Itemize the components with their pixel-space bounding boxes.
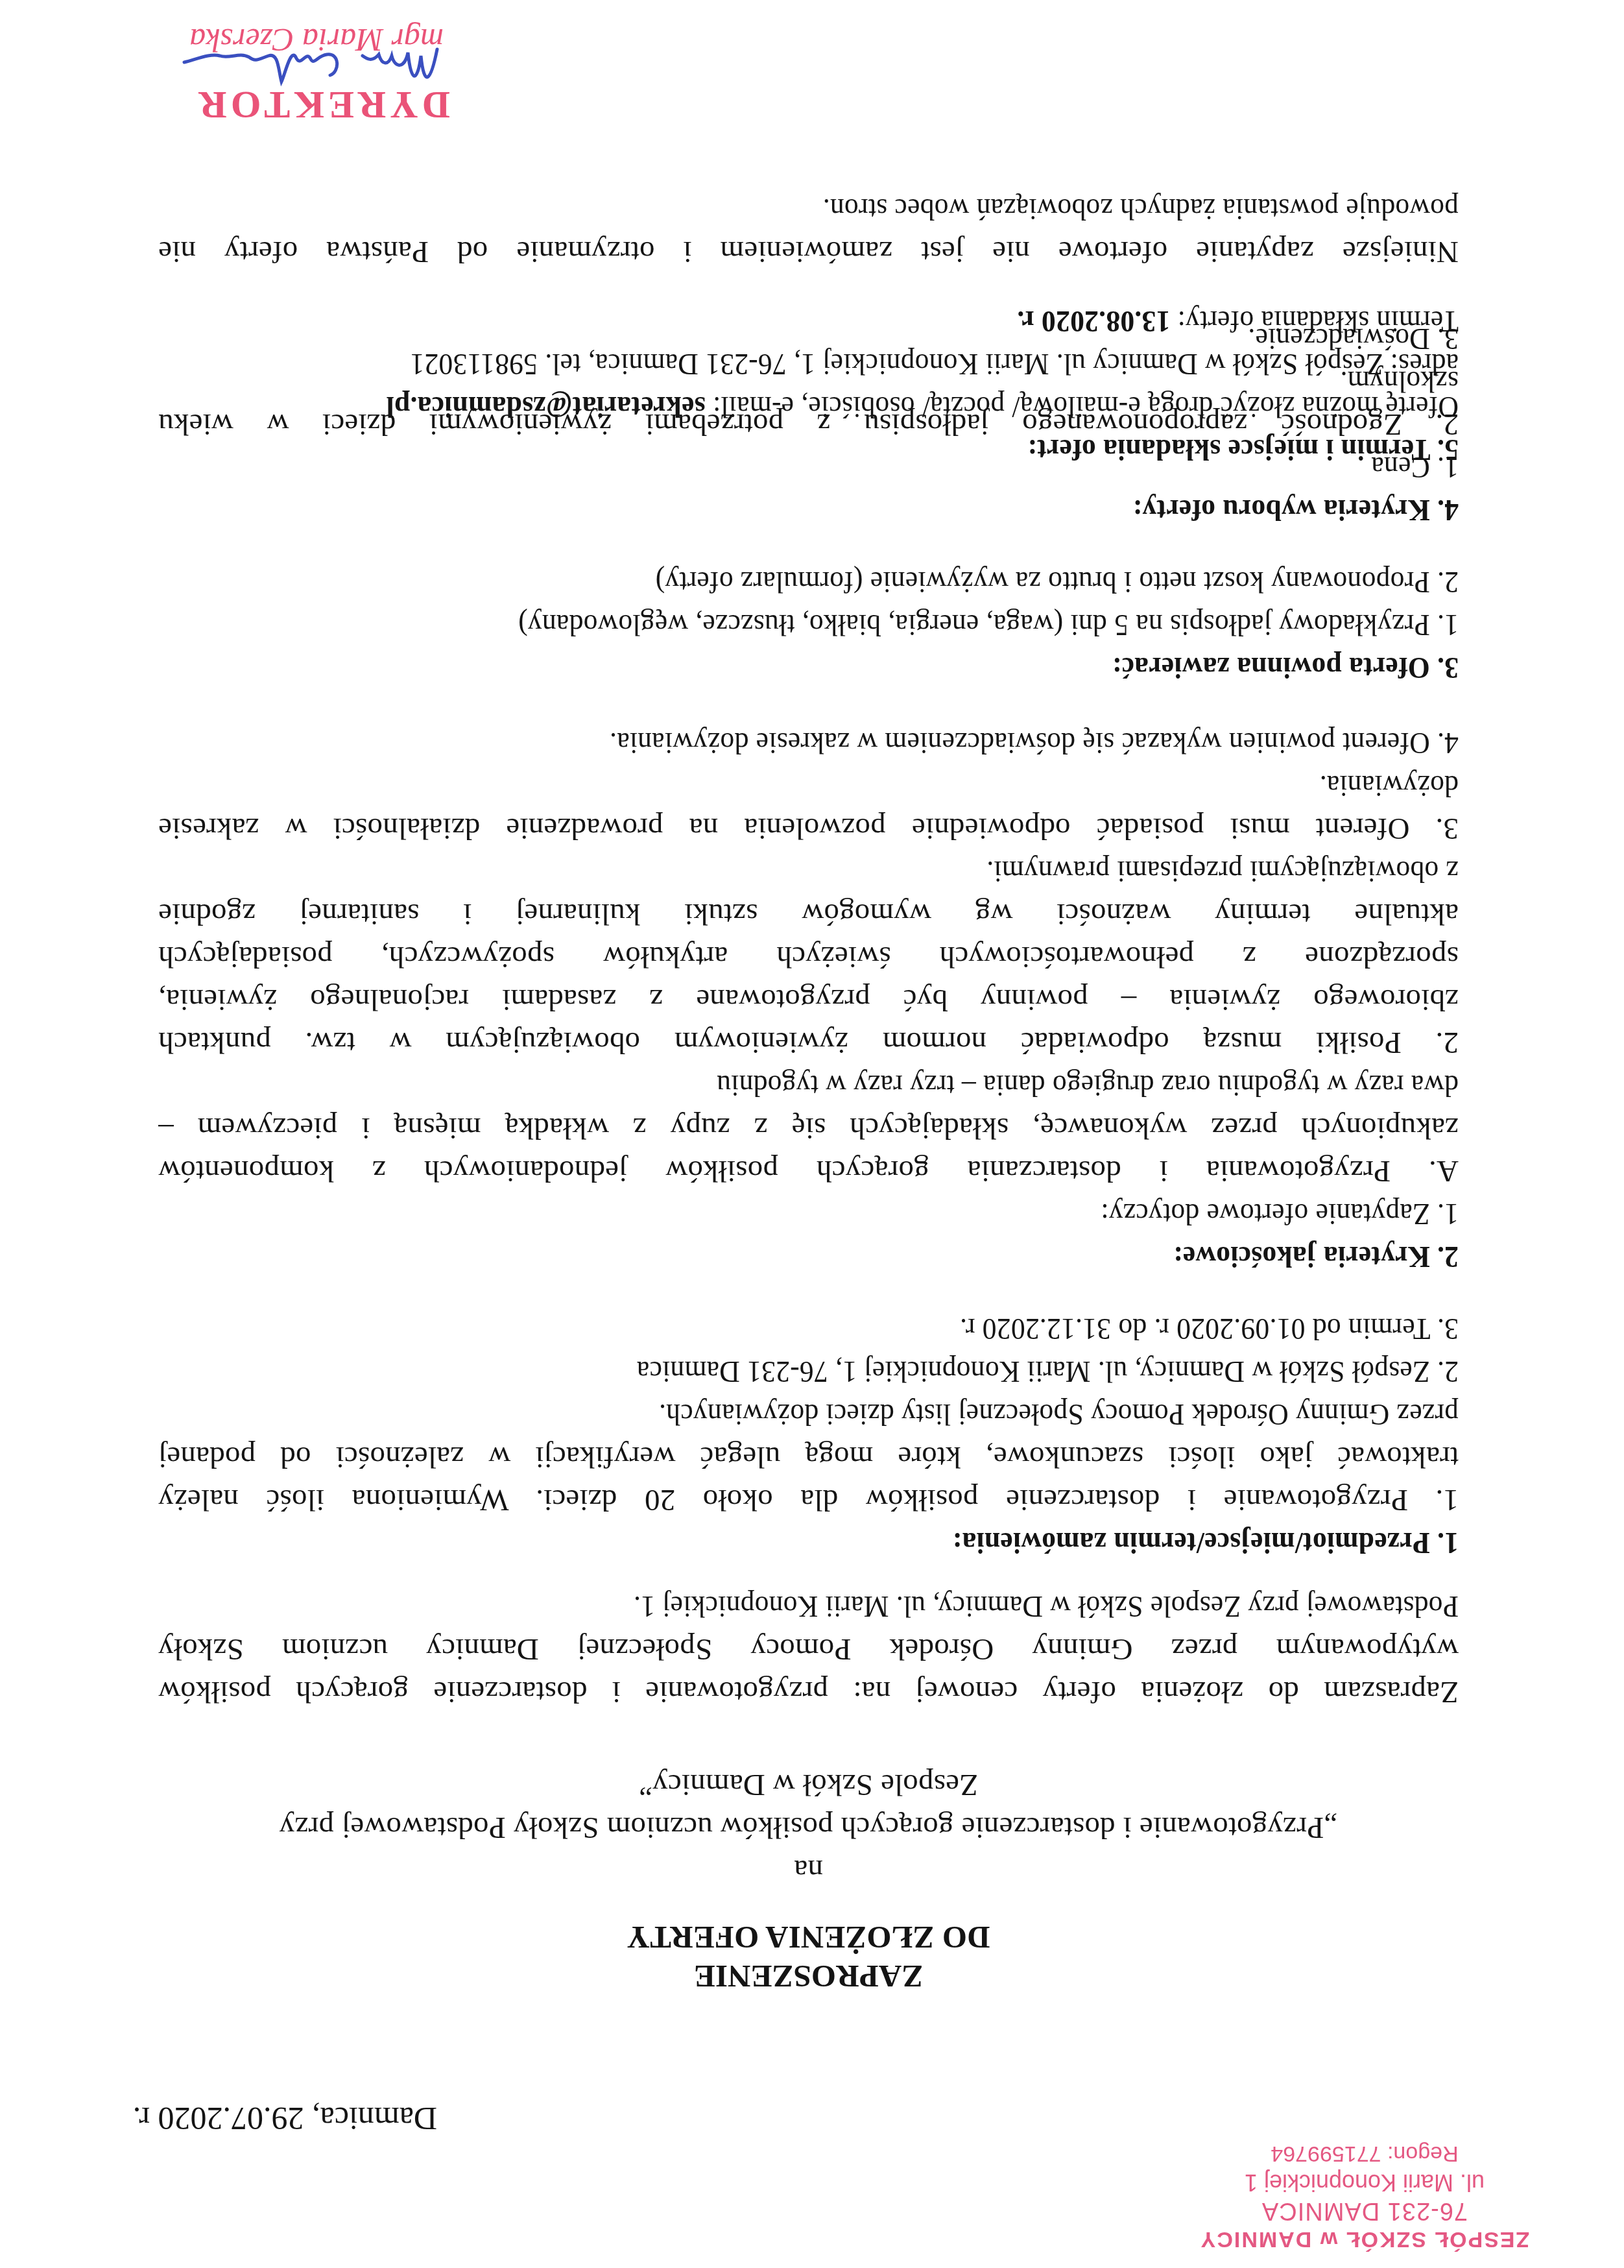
section-line: 2. Posiłki muszą odpowiadać normom żywie… bbox=[158, 1021, 1459, 1064]
stamp-school-regon: Regon: 771599764 bbox=[1154, 2140, 1575, 2168]
section-line: zbiorowego żywienia – powinny być przygo… bbox=[158, 978, 1459, 1021]
stamp-school-street: ul. Marii Konopnickiej 1 bbox=[1154, 2168, 1575, 2197]
section-heading: 3. Oferta powinna zawierać: bbox=[249, 646, 1459, 689]
intro-paragraph: Zapraszam do złożenia oferty cenowej na:… bbox=[158, 1585, 1459, 1713]
scanned-document-page: ZESPÓŁ SZKÓŁ w DAMNICY 76-231 DAMNICA ul… bbox=[0, 0, 1624, 2268]
stamp-school-city: 76-231 DAMNICA bbox=[1154, 2197, 1575, 2225]
intro-line: Zapraszam do złożenia oferty cenowej na:… bbox=[158, 1671, 1459, 1713]
section-3: 3. Oferta powinna zawierać:1. Przykładow… bbox=[158, 561, 1459, 689]
section-heading: 4. Kryteria wyboru oferty: bbox=[249, 489, 1459, 531]
title-line-2: DO ZŁOŻENIA OFERTY bbox=[158, 1918, 1459, 1957]
section5-deadline: Termin składania oferty: 13.08.2020 r. bbox=[249, 300, 1459, 343]
title-line-1: ZAPROSZENIE bbox=[158, 1957, 1459, 1996]
deadline-label: Termin składania oferty: bbox=[1170, 304, 1459, 338]
section-1: 1. Przedmiot/miejsce/termin zamówienia:1… bbox=[158, 1307, 1459, 1564]
intro-line: wytypowanym przez Gminny Ośrodek Pomocy … bbox=[158, 1628, 1459, 1671]
section5-address: adres: Zespół Szkół w Damnicy ul. Marii … bbox=[249, 343, 1459, 385]
section-line: zakupionych przez wykonawcę, składającyc… bbox=[158, 1107, 1459, 1150]
section-line: z obowiązującymi przepisami prawnymi. bbox=[249, 850, 1459, 893]
section-line: 1. Przykładowy jadłospis na 5 dni (waga,… bbox=[249, 603, 1459, 646]
closing-line: powoduje powstania żadnych zobowiązań wo… bbox=[249, 187, 1459, 230]
title-subject-line-1: „Przygotowanie i dostarczenie gorących p… bbox=[158, 1806, 1459, 1849]
section-line: sporządzone z pełnowartościowych świeżyc… bbox=[158, 935, 1459, 978]
contact-email: sekretariat@zsdamnica.pl bbox=[386, 390, 705, 424]
section-line: aktualne terminy ważności wg wymogów szt… bbox=[158, 893, 1459, 935]
section-line: A. Przygotowania i dostarczania gorących… bbox=[158, 1150, 1459, 1192]
closing-paragraph: Niniejsze zapytanie ofertowe nie jest za… bbox=[158, 187, 1459, 273]
sections-container: 1. Przedmiot/miejsce/termin zamówienia:1… bbox=[158, 288, 1459, 1564]
section-line: 1. Przygotowanie i dostarczenie posiłków… bbox=[158, 1478, 1459, 1521]
title-subject-line-2: Zespole Szkół w Damnicy” bbox=[158, 1763, 1459, 1806]
intro-line: Podstawowej przy Zespole Szkół w Damnicy… bbox=[249, 1585, 1459, 1628]
section-line: traktować jako ilości szacunkowe, które … bbox=[158, 1436, 1459, 1478]
title-block: ZAPROSZENIE DO ZŁOŻENIA OFERTY na „Przyg… bbox=[158, 1763, 1459, 1996]
section-heading: 1. Przedmiot/miejsce/termin zamówienia: bbox=[249, 1521, 1459, 1564]
section5-line-1: Ofertę można złożyć drogą e-mailową/ poc… bbox=[249, 385, 1459, 428]
section-line: 3. Oferent musi posiadać odpowiednie poz… bbox=[158, 807, 1459, 850]
closing-line: Niniejsze zapytanie ofertowe nie jest za… bbox=[158, 230, 1459, 273]
director-stamp: DYREKTOR mgr Maria Czerska bbox=[158, 10, 457, 127]
section-5: 5. Termin i miejsce składania ofert: Ofe… bbox=[158, 300, 1459, 471]
school-stamp: ZESPÓŁ SZKÓŁ w DAMNICY 76-231 DAMNICA ul… bbox=[1154, 2140, 1575, 2254]
section-line: 3. Termin od 01.09.2020 r. do 31.12.2020… bbox=[249, 1307, 1459, 1350]
section-line: dożywiania. bbox=[249, 764, 1459, 807]
document-date: Damnica, 29.07.2020 r. bbox=[133, 2099, 437, 2138]
section-line: dwa razy w tygodniu oraz drugiego dania … bbox=[249, 1064, 1459, 1107]
section-heading: 2. Kryteria jakościowe: bbox=[249, 1235, 1459, 1278]
title-na: na bbox=[158, 1849, 1459, 1892]
section-line: 1. Zapytanie ofertowe dotyczy: bbox=[249, 1192, 1459, 1235]
deadline-value: 13.08.2020 r. bbox=[1017, 304, 1170, 338]
stamp-school-name: ZESPÓŁ SZKÓŁ w DAMNICY bbox=[1154, 2225, 1575, 2254]
submission-methods: Ofertę można złożyć drogą e-mailową/ poc… bbox=[706, 390, 1459, 424]
section-2: 2. Kryteria jakościowe:1. Zapytanie ofer… bbox=[158, 721, 1459, 1278]
director-name: mgr Maria Czerska bbox=[189, 21, 444, 59]
section-line: 2. Zespół Szkół w Damnicy, ul. Marii Kon… bbox=[249, 1350, 1459, 1393]
section-line: 2. Proponowany koszt netto i brutto za w… bbox=[249, 561, 1459, 603]
section-heading: 5. Termin i miejsce składania ofert: bbox=[249, 428, 1459, 471]
section-line: przez Gminny Ośrodek Pomocy Społecznej l… bbox=[249, 1393, 1459, 1436]
section-line: 4. Oferent powinien wykazać się doświadc… bbox=[249, 721, 1459, 764]
